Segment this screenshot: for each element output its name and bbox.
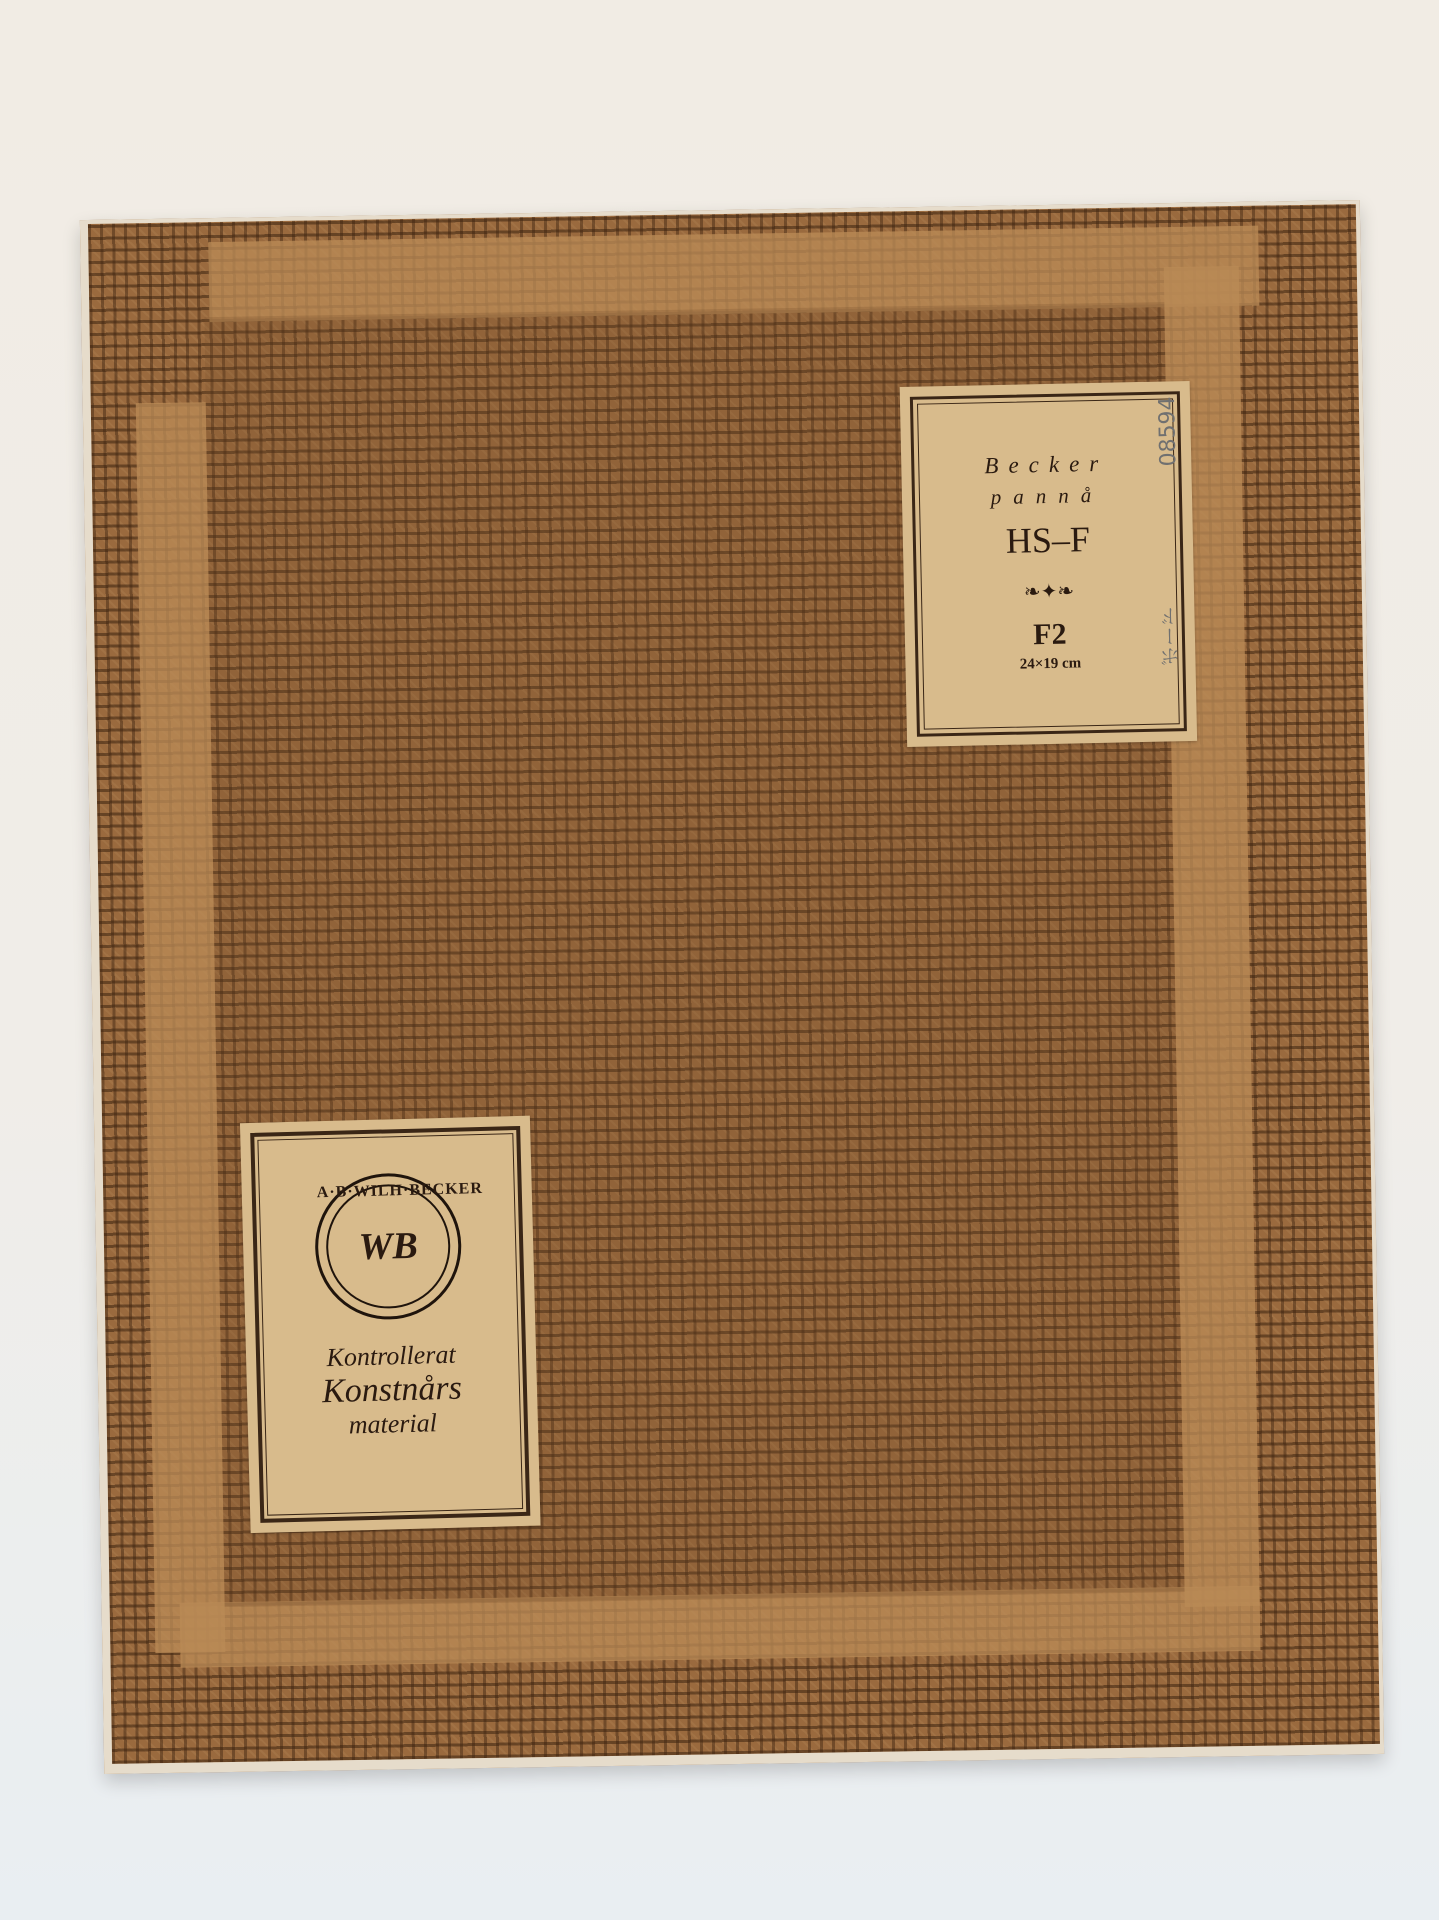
label-type: pannå xyxy=(990,483,1103,510)
becker-quality-label: A·B·WILH·BECKER WB Kontrollerat Konstnår… xyxy=(240,1116,541,1533)
label-frame: Becker pannå HS–F ❧✦❧ F2 24×19 cm xyxy=(910,391,1187,737)
handwritten-number: 08594 xyxy=(1155,396,1181,467)
label-size-code: F2 xyxy=(1033,618,1067,653)
label-frame: A·B·WILH·BECKER WB Kontrollerat Konstnår… xyxy=(250,1126,530,1523)
label-dimensions: 24×19 cm xyxy=(1020,655,1082,673)
label-line-2: Konstnårs xyxy=(322,1370,463,1412)
seal-ring-text: A·B·WILH·BECKER xyxy=(317,1181,457,1203)
painting-panel-back: Becker pannå HS–F ❧✦❧ F2 24×19 cm 08594 … xyxy=(80,200,1384,1774)
label-line-1: Kontrollerat xyxy=(326,1340,456,1373)
seal-monogram: WB xyxy=(318,1223,459,1271)
handwritten-note: ボード xyxy=(1155,606,1185,667)
label-line-3: material xyxy=(348,1408,437,1440)
seal-logo-icon: A·B·WILH·BECKER WB xyxy=(313,1172,463,1322)
becker-panel-label: Becker pannå HS–F ❧✦❧ F2 24×19 cm 08594 … xyxy=(900,381,1197,747)
ornament-icon: ❧✦❧ xyxy=(1024,578,1075,604)
label-model: HS–F xyxy=(1005,518,1090,562)
label-brand: Becker xyxy=(984,451,1108,480)
